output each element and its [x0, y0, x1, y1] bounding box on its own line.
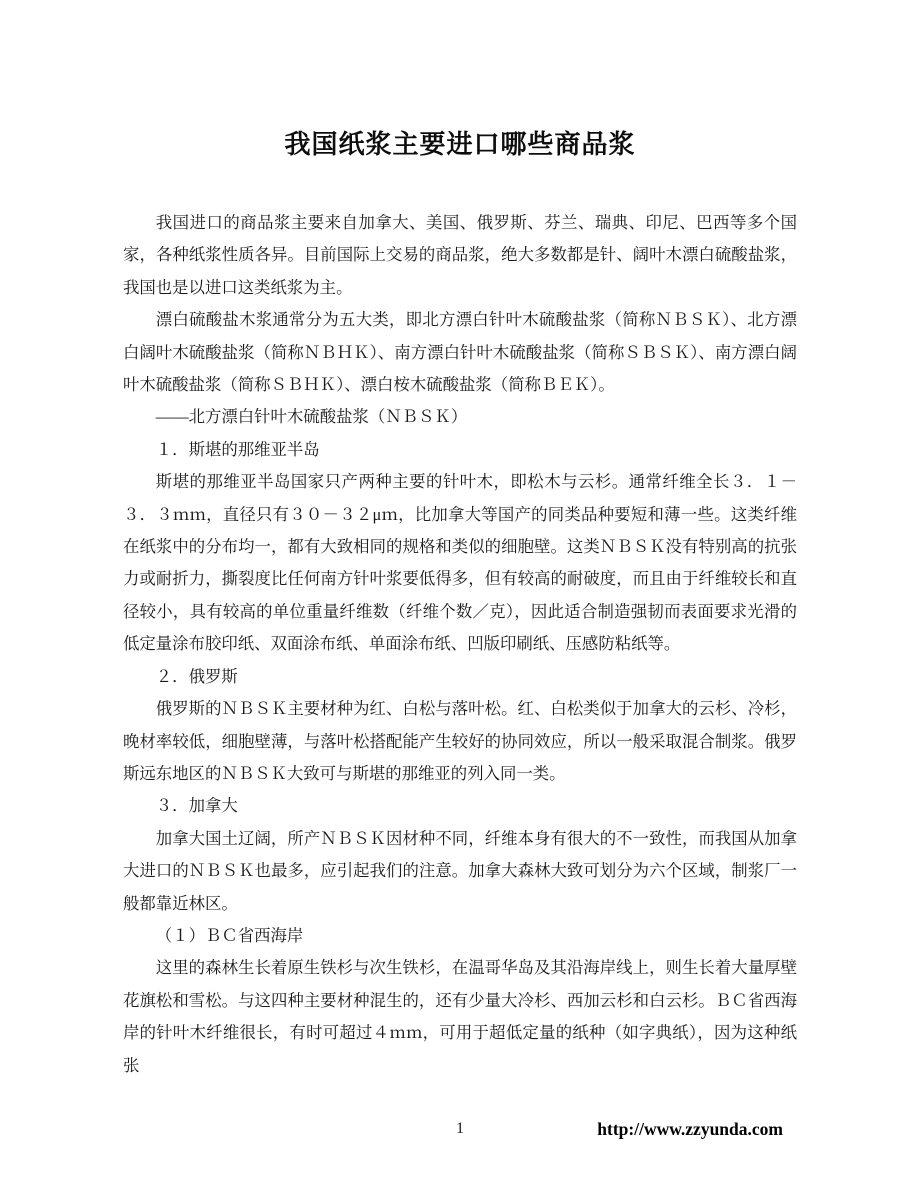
document-title: 我国纸浆主要进口哪些商品浆 — [0, 124, 920, 161]
footer-website-link[interactable]: http://www.zzyunda.com — [597, 1112, 783, 1146]
bc-west-coast-paragraph: 这里的森林生长着原生铁杉与次生铁杉，在温哥华岛及其沿海岸线上，则生长着大量厚壁花… — [123, 952, 797, 1082]
scandinavia-paragraph: 斯堪的那维亚半岛国家只产两种主要的针叶木，即松木与云杉。通常纤维全长３．１－３．… — [123, 466, 797, 660]
document-body: 我国进口的商品浆主要来自加拿大、美国、俄罗斯、芬兰、瑞典、印尼、巴西等多个国家，… — [123, 207, 797, 1082]
subsection-heading-russia: ２．俄罗斯 — [123, 661, 797, 693]
section-heading-nbsk: ——北方漂白针叶木硫酸盐浆（ＮＢＳＫ） — [123, 401, 797, 433]
pulp-categories-paragraph: 漂白硫酸盐木浆通常分为五大类，即北方漂白针叶木硫酸盐浆（简称ＮＢＳＫ）、北方漂白… — [123, 304, 797, 401]
intro-paragraph: 我国进口的商品浆主要来自加拿大、美国、俄罗斯、芬兰、瑞典、印尼、巴西等多个国家，… — [123, 207, 797, 304]
canada-paragraph: 加拿大国土辽阔，所产ＮＢＳＫ因材种不同，纤维本身有很大的不一致性，而我国从加拿大… — [123, 823, 797, 920]
subsection-heading-scandinavia: １．斯堪的那维亚半岛 — [123, 434, 797, 466]
russia-paragraph: 俄罗斯的ＮＢＳＫ主要材种为红、白松与落叶松。红、白松类似于加拿大的云杉、冷杉，晚… — [123, 693, 797, 790]
subsection-heading-canada: ３．加拿大 — [123, 790, 797, 822]
page-footer: 1 http://www.zzyunda.com — [123, 1112, 797, 1146]
subsection-heading-bc-west-coast: （１）ＢＣ省西海岸 — [123, 920, 797, 952]
document-page: 我国纸浆主要进口哪些商品浆 我国进口的商品浆主要来自加拿大、美国、俄罗斯、芬兰、… — [0, 0, 920, 1191]
